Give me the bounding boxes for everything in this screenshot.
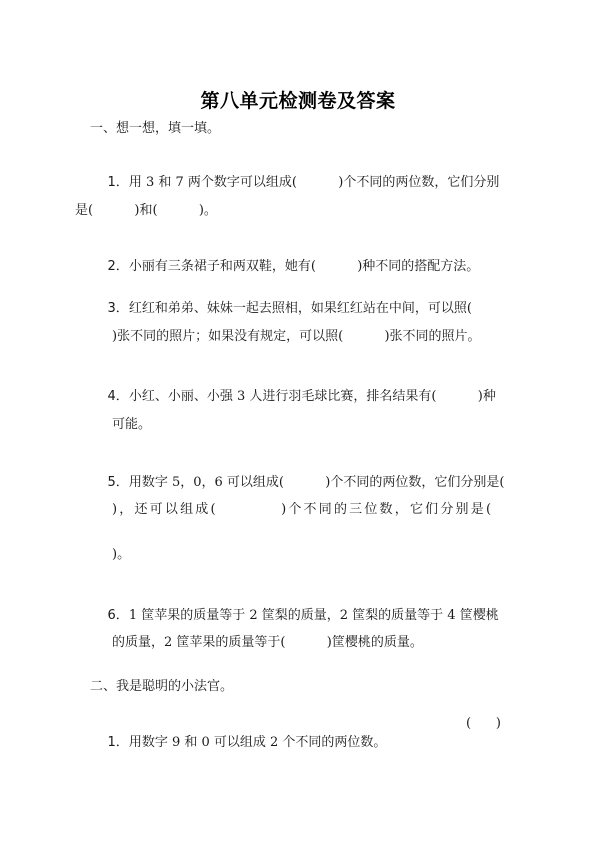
question-text: 用数字 5，0，6 可以组成( )个不同的两位数，它们分别是( xyxy=(129,475,505,490)
section-heading-1: 一、想一想，填一填。 xyxy=(90,120,220,138)
question-4-line-1: 4．小红、小丽、小强 3 人进行羽毛球比赛，排名结果有( )种 xyxy=(91,370,496,424)
question-number: 3． xyxy=(108,301,129,316)
answer-bracket: ( ) xyxy=(466,716,501,731)
page-title: 第八单元检测卷及答案 xyxy=(0,86,596,113)
document-page: 第八单元检测卷及答案 一、想一想，填一填。 1．用 3 和 7 两个数字可以组成… xyxy=(0,0,596,842)
question-text: 小红、小丽、小强 3 人进行羽毛球比赛，排名结果有( )种 xyxy=(129,389,496,404)
question-number: 2． xyxy=(108,259,129,274)
question-6-line-2: 的质量，2 筐苹果的质量等于( )筐樱桃的质量。 xyxy=(112,634,423,652)
question-number: 1． xyxy=(108,735,129,750)
question-5-line-2: )，还可以组成( )个不同的三位数，它们分别是( xyxy=(112,501,493,519)
question-text: 用数字 9 和 0 可以组成 2 个不同的两位数。 xyxy=(129,735,387,750)
judge-question-1: 1．用数字 9 和 0 可以组成 2 个不同的两位数。 xyxy=(91,716,386,770)
question-number: 5． xyxy=(108,475,129,490)
section-heading-2: 二、我是聪明的小法官。 xyxy=(90,678,233,696)
question-text: 红红和弟弟、妹妹一起去照相，如果红红站在中间，可以照( xyxy=(129,301,472,316)
question-number: 1． xyxy=(108,175,129,190)
question-1-line-2: 是( )和( )。 xyxy=(75,202,217,220)
question-number: 6． xyxy=(108,608,129,623)
question-3-line-2: )张不同的照片；如果没有规定，可以照( )张不同的照片。 xyxy=(112,328,481,346)
question-number: 4． xyxy=(108,389,129,404)
question-5-line-3: )。 xyxy=(112,546,130,564)
question-4-line-2: 可能。 xyxy=(112,416,151,434)
question-text: 1 筐苹果的质量等于 2 筐梨的质量，2 筐梨的质量等于 4 筐樱桃 xyxy=(129,608,499,623)
question-text: 用 3 和 7 两个数字可以组成( )个不同的两位数，它们分别 xyxy=(129,175,500,190)
question-text: 小丽有三条裙子和两双鞋，她有( )种不同的搭配方法。 xyxy=(129,259,479,274)
